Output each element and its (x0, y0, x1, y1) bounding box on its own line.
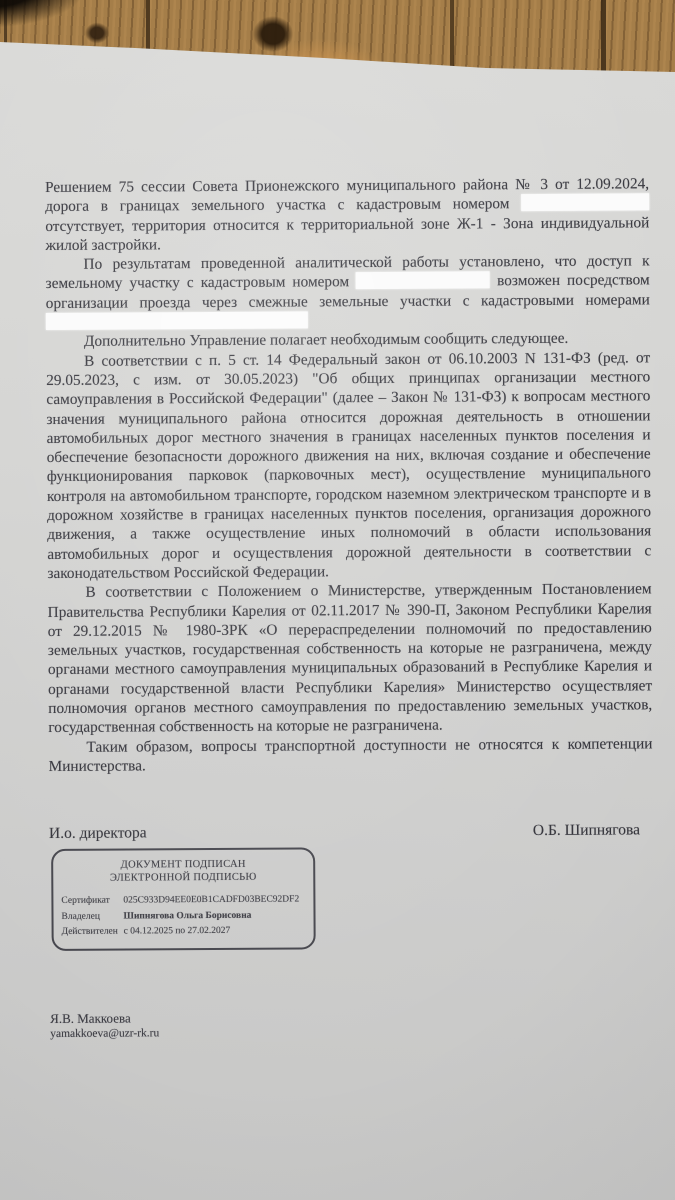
redaction-box (521, 194, 649, 212)
document-content: Решением 75 сессии Совета Прионежского м… (45, 174, 654, 1041)
signer-role: И.о. директора (49, 824, 147, 844)
stamp-field-label: Владелец (61, 909, 123, 925)
stamp-fields: Сертификат025C933D94EE0E0B1CADFD03BEC92D… (61, 893, 305, 941)
text-segment: Дополнительно Управление полагает необхо… (84, 330, 568, 350)
stamp-field-row: Сертификат025C933D94EE0E0B1CADFD03BEC92D… (61, 893, 305, 910)
stamp-field-value: Шипнягова Ольга Борисовна (123, 910, 251, 921)
paragraph: В соответствии с Положением о Министерст… (47, 580, 652, 738)
text-segment: отсутствует, территория относится к терр… (45, 214, 649, 254)
stamp-title-line2: ЭЛЕКТРОННОЙ ПОДПИСЬЮ (61, 871, 305, 885)
executor-email: yamakkoeva@uzr-rk.ru (50, 1023, 654, 1042)
paragraph: Решением 75 сессии Совета Прионежского м… (45, 174, 649, 255)
digital-signature-stamp: ДОКУМЕНТ ПОДПИСАН ЭЛЕКТРОННОЙ ПОДПИСЬЮ С… (51, 848, 316, 951)
stamp-field-value: 025C933D94EE0E0B1CADFD03BEC92DF2 (123, 895, 299, 906)
document-page: Решением 75 сессии Совета Прионежского м… (0, 0, 675, 1200)
body-paragraphs: Решением 75 сессии Совета Прионежского м… (45, 174, 653, 776)
stamp-field-row: Действителенс 04.12.2025 по 27.02.2027 (62, 924, 306, 941)
stamp-field-value: с 04.12.2025 по 27.02.2027 (124, 926, 231, 937)
text-segment: В соответствии с Положением о Министерст… (48, 581, 653, 737)
paragraph: Таким образом, вопросы транспортной дост… (48, 734, 652, 776)
stamp-field-label: Действителен (62, 925, 124, 941)
executor-block: Я.В. Маккоева yamakkoeva@uzr-rk.ru (50, 1007, 654, 1042)
paragraph: В соответствии с п. 5 ст. 14 Федеральный… (46, 348, 651, 583)
stamp-title: ДОКУМЕНТ ПОДПИСАН ЭЛЕКТРОННОЙ ПОДПИСЬЮ (61, 859, 305, 885)
redaction-box (46, 311, 308, 330)
text-segment: Таким образом, вопросы транспортной дост… (49, 735, 653, 775)
photo-of-document: Решением 75 сессии Совета Прионежского м… (0, 0, 675, 1200)
signer-name: О.Б. Шипнягова (533, 821, 640, 841)
stamp-field-row: ВладелецШипнягова Ольга Борисовна (61, 908, 305, 925)
paragraph: По результатам проведенной аналитической… (45, 251, 649, 332)
signature-row: И.о. директора О.Б. Шипнягова (49, 821, 653, 844)
redaction-box (356, 272, 490, 290)
stamp-field-label: Сертификат (61, 894, 123, 910)
text-segment: В соответствии с п. 5 ст. 14 Федеральный… (46, 349, 651, 582)
